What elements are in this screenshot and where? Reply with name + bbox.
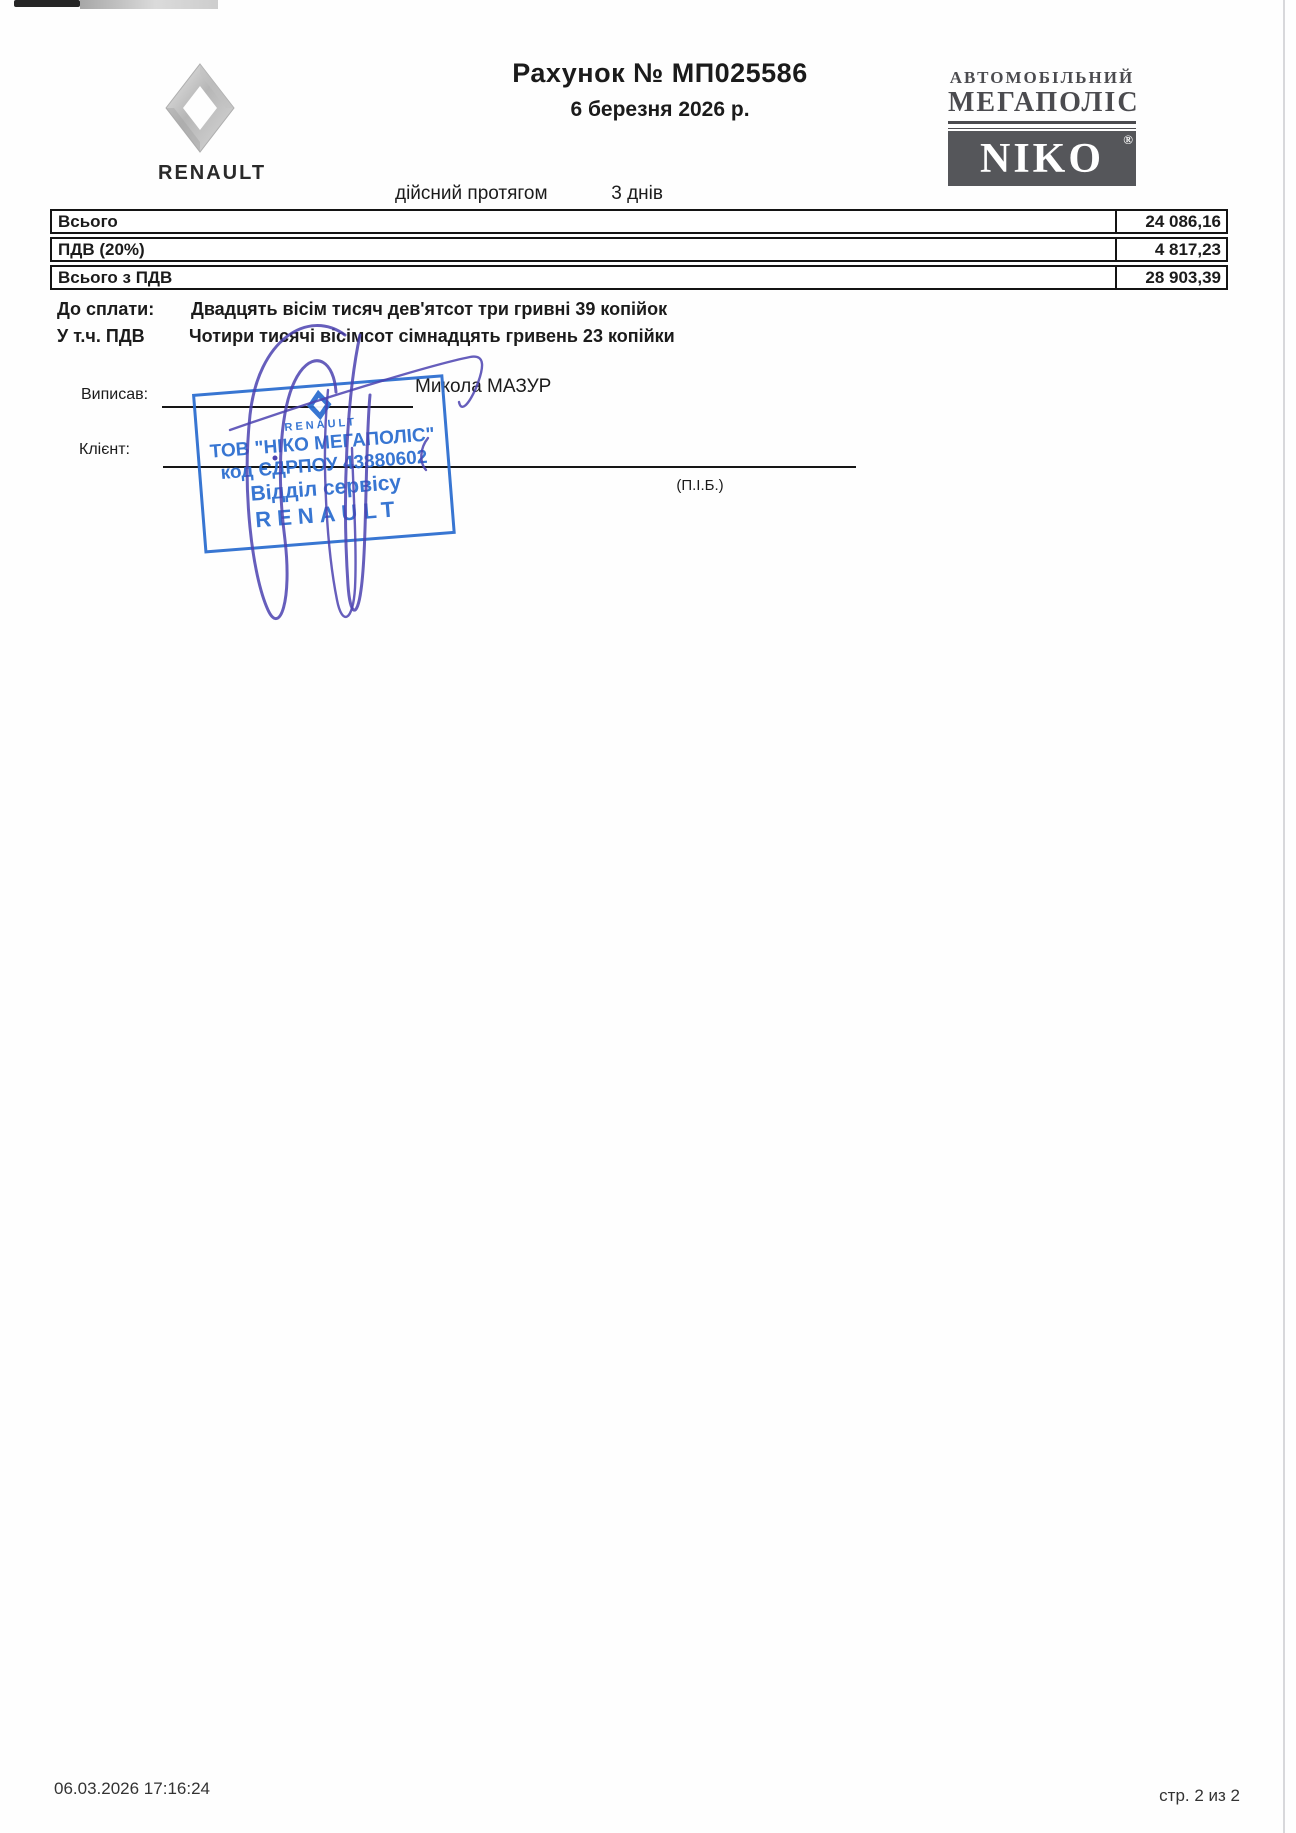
table-row: Всього з ПДВ 28 903,39 xyxy=(50,265,1228,290)
niko-logo-line1: АВТОМОБІЛЬНИЙ xyxy=(948,68,1136,88)
renault-logo: RENAULT xyxy=(158,62,242,185)
scan-artifact-dark xyxy=(14,0,80,7)
title-block: Рахунок № МП025586 6 березня 2026 р. xyxy=(400,58,920,122)
niko-logo-rule xyxy=(948,121,1136,129)
vat-words-label: У т.ч. ПДВ xyxy=(57,326,145,347)
stamp-renault-diamond-icon xyxy=(305,388,333,422)
total-value: 24 086,16 xyxy=(1115,211,1226,232)
invoice-page: RENAULT Рахунок № МП025586 6 березня 202… xyxy=(0,0,1296,1833)
client-name-hint: (П.І.Б.) xyxy=(610,477,790,494)
registered-mark-icon: ® xyxy=(1123,132,1133,148)
document-date: 6 березня 2026 р. xyxy=(400,98,920,122)
niko-logo: АВТОМОБІЛЬНИЙ МЕГАПОЛІС NIKO ® xyxy=(948,68,1136,186)
issued-by-label: Виписав: xyxy=(81,386,148,404)
page-number: стр. 2 из 2 xyxy=(1120,1786,1240,1806)
renault-diamond-icon xyxy=(164,62,236,154)
scan-artifact-light xyxy=(80,0,218,9)
niko-brand-box: NIKO ® xyxy=(948,131,1136,186)
due-amount-words: Двадцять вісім тисяч дев'ятсот три гривн… xyxy=(191,299,667,320)
niko-logo-line2: МЕГАПОЛІС xyxy=(948,89,1136,117)
scan-edge-line xyxy=(1283,0,1285,1833)
document-title: Рахунок № МП025586 xyxy=(400,58,920,89)
total-with-vat-label: Всього з ПДВ xyxy=(52,267,1115,288)
total-with-vat-value: 28 903,39 xyxy=(1115,267,1226,288)
total-label: Всього xyxy=(52,211,1115,232)
renault-wordmark: RENAULT xyxy=(158,162,242,185)
company-stamp: RENAULT ТОВ "НІКО МЕГАПОЛІС" код ЄДРПОУ … xyxy=(192,374,456,553)
client-label: Клієнт: xyxy=(79,441,130,459)
vat-value: 4 817,23 xyxy=(1115,239,1226,260)
vat-label: ПДВ (20%) xyxy=(52,239,1115,260)
validity-line: дійсний протягом 3 днів xyxy=(395,183,663,205)
table-row: ПДВ (20%) 4 817,23 xyxy=(50,237,1228,262)
print-timestamp: 06.03.2026 17:16:24 xyxy=(54,1779,210,1799)
due-label: До сплати: xyxy=(57,299,154,320)
niko-brand: NIKO xyxy=(980,135,1104,183)
vat-amount-words: Чотири тисячі вісімсот сімнадцять гривен… xyxy=(189,326,675,347)
validity-value: 3 днів xyxy=(611,183,663,205)
validity-label: дійсний протягом xyxy=(395,183,548,205)
totals-table: Всього 24 086,16 ПДВ (20%) 4 817,23 Всьо… xyxy=(50,209,1228,293)
table-row: Всього 24 086,16 xyxy=(50,209,1228,234)
